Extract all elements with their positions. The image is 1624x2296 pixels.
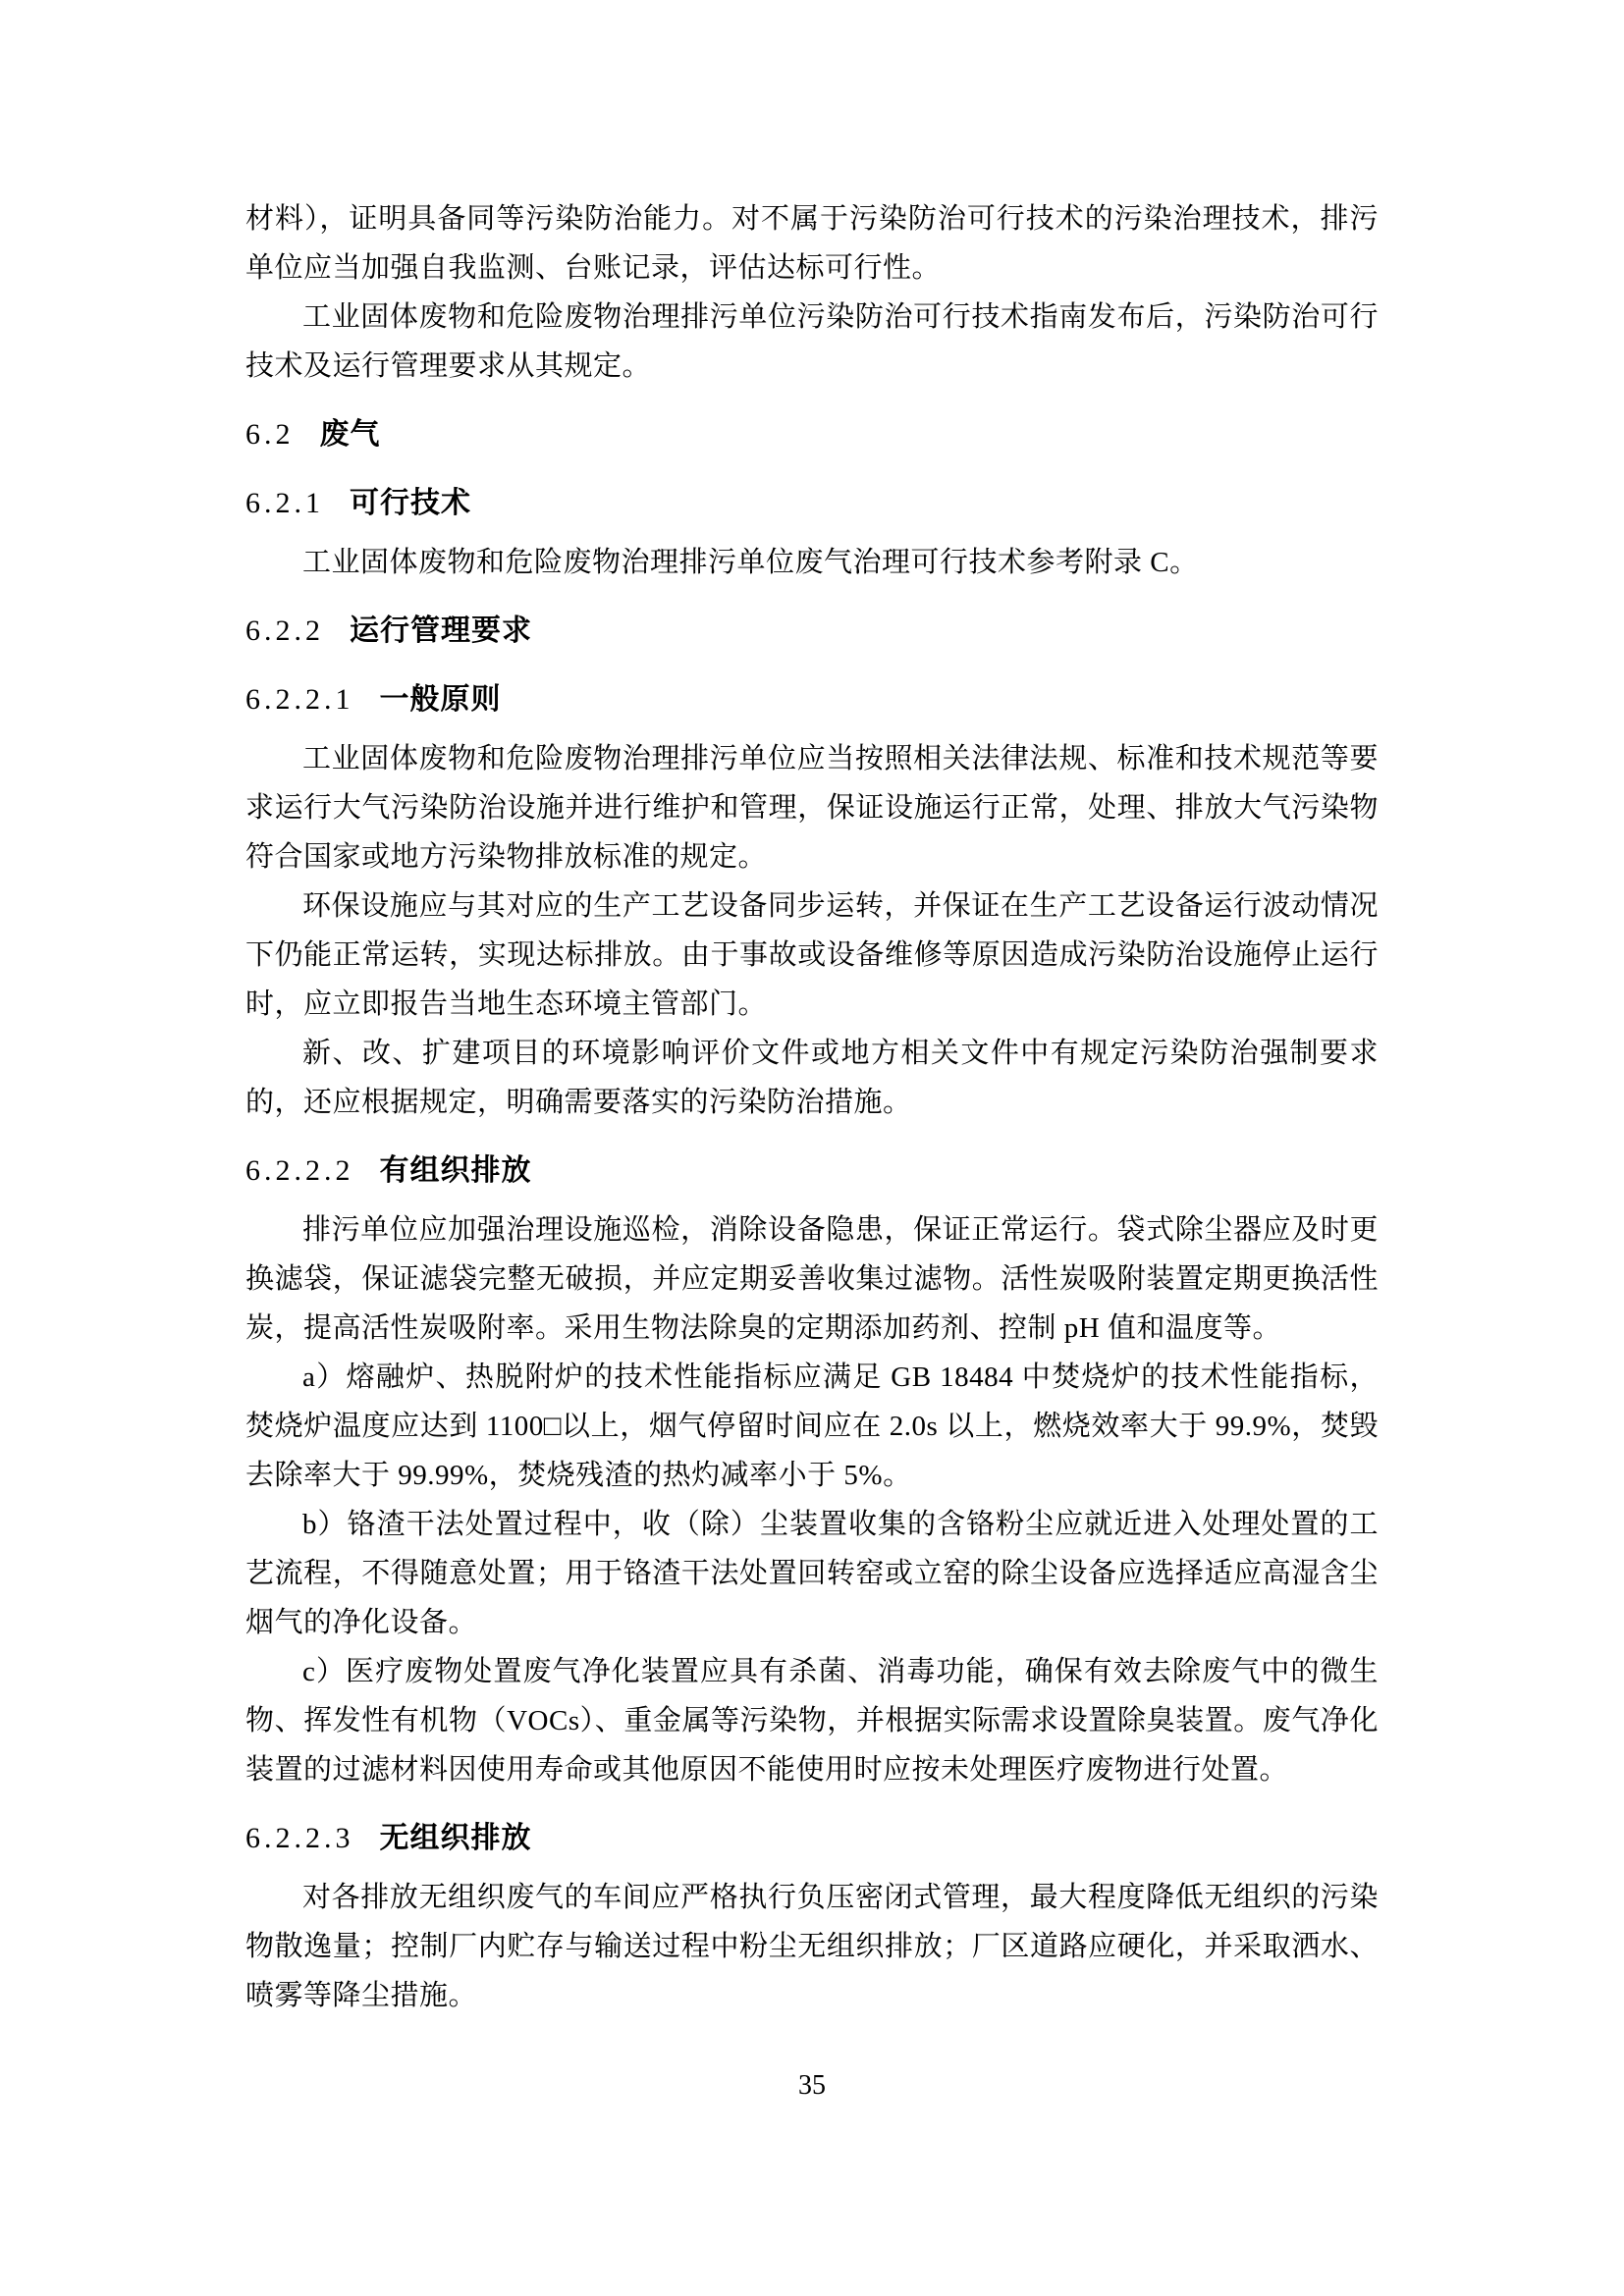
paragraph-item-c-medical-waste: c）医疗废物处置废气净化装置应具有杀菌、消毒功能，确保有效去除废气中的微生物、挥… [245,1647,1379,1794]
heading-title: 一般原则 [380,683,502,716]
paragraph-item-a-furnace: a）熔融炉、热脱附炉的技术性能指标应满足 GB 18484 中焚烧炉的技术性能指… [245,1353,1379,1500]
paragraph-fugitive-emission: 对各排放无组织废气的车间应严格执行负压密闭式管理，最大程度降低无组织的污染物散逸… [245,1873,1379,2020]
heading-number: 6.2 [245,418,295,451]
paragraph-item-b-chromium-slag: b）铬渣干法处置过程中，收（除）尘装置收集的含铬粉尘应就近进入处理处置的工艺流程… [245,1500,1379,1647]
paragraph-continuation-materials: 材料），证明具备同等污染防治能力。对不属于污染防治可行技术的污染治理技术，排污单… [245,194,1379,293]
page-number: 35 [0,2069,1624,2103]
heading-6-2-waste-gas: 6.2废气 [245,410,1379,459]
document-body: 材料），证明具备同等污染防治能力。对不属于污染防治可行技术的污染治理技术，排污单… [245,194,1379,2020]
paragraph-general-principle-3: 新、改、扩建项目的环境影响评价文件或地方相关文件中有规定污染防治强制要求的，还应… [245,1029,1379,1127]
paragraph-general-principle-1: 工业固体废物和危险废物治理排污单位应当按照相关法律法规、标准和技术规范等要求运行… [245,734,1379,881]
heading-number: 6.2.2.3 [245,1822,354,1854]
paragraph-feasible-tech-guideline: 工业固体废物和危险废物治理排污单位污染防治可行技术指南发布后，污染防治可行技术及… [245,293,1379,391]
heading-title: 运行管理要求 [350,614,532,647]
document-page: 材料），证明具备同等污染防治能力。对不属于污染防治可行技术的污染治理技术，排污单… [0,0,1624,2296]
heading-number: 6.2.2 [245,614,324,647]
heading-title: 可行技术 [350,487,471,519]
heading-title: 废气 [320,418,381,451]
heading-number: 6.2.1 [245,487,324,519]
heading-6-2-2-3-fugitive-emission: 6.2.2.3无组织排放 [245,1814,1379,1863]
heading-number: 6.2.2.1 [245,683,354,716]
paragraph-appendix-c-reference: 工业固体废物和危险废物治理排污单位废气治理可行技术参考附录 C。 [245,538,1379,587]
heading-6-2-2-operation-management: 6.2.2运行管理要求 [245,607,1379,656]
heading-6-2-2-2-organized-emission: 6.2.2.2有组织排放 [245,1147,1379,1196]
paragraph-general-principle-2: 环保设施应与其对应的生产工艺设备同步运转，并保证在生产工艺设备运行波动情况下仍能… [245,881,1379,1029]
heading-title: 无组织排放 [380,1822,532,1854]
heading-number: 6.2.2.2 [245,1154,354,1187]
paragraph-organized-emission-intro: 排污单位应加强治理设施巡检，消除设备隐患，保证正常运行。袋式除尘器应及时更换滤袋… [245,1205,1379,1353]
heading-6-2-2-1-general-principles: 6.2.2.1一般原则 [245,675,1379,724]
heading-title: 有组织排放 [380,1154,532,1187]
heading-6-2-1-feasible-technology: 6.2.1可行技术 [245,479,1379,528]
